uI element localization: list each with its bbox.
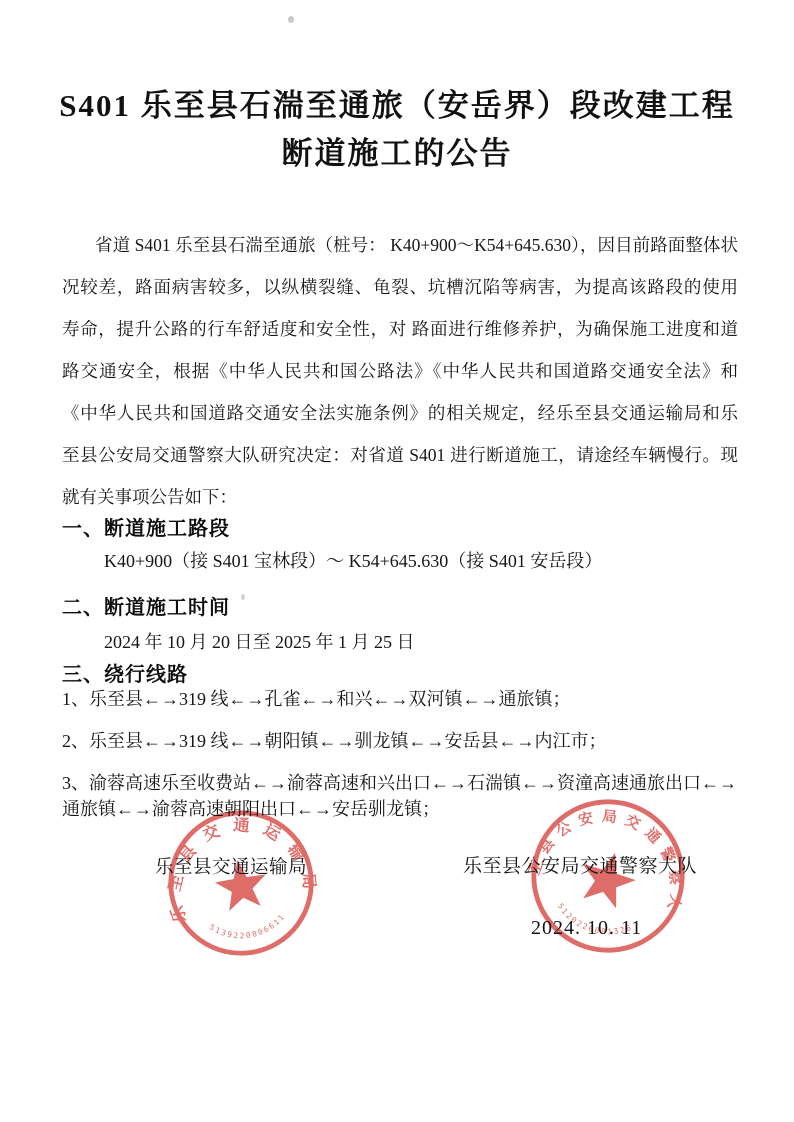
detour-route-1: 1、乐至县←→319 线←→孔雀←→和兴←→双河镇←→通旅镇； [62,687,740,713]
paragraph-line: 况较差，路面病害较多，以纵横裂缝、龟裂、坑槽沉陷等病害，为提高该路段的使用 [62,266,738,308]
section-2-content: 2024 年 10 月 20 日至 2025 年 1 月 25 日 [104,630,415,654]
document-title-line-2: 断道施工的公告 [0,130,794,178]
section-1-heading: 一、断道施工路段 [62,517,230,541]
signature-traffic-police: 乐至县公安局交通警察大队 [463,851,697,878]
signature-transport-bureau: 乐至县交通运输局 [155,853,307,879]
intro-paragraph: 省道 S401 乐至县石湍至通旅（桩号： K40+900～K54+645.630… [62,224,738,518]
stamp-date: 2024. 10. 11 [531,917,642,940]
paragraph-line: 就有关事项公告如下： [62,476,738,518]
paragraph-line: 省道 S401 乐至县石湍至通旅（桩号： K40+900～K54+645.630… [62,224,738,266]
section-3-heading: 三、绕行线路 [62,663,188,687]
official-seal-transport-bureau: 乐至县交通运输局 5139220006611 [153,795,329,971]
section-1-content: K40+900（接 S401 宝林段）～ K54+645.630（接 S401 … [104,549,602,573]
paragraph-line: 寿命，提升公路的行车舒适度和安全性，对 路面进行维修养护，为确保施工进度和道 [62,308,738,350]
detour-route-2: 2、乐至县←→319 线←→朝阳镇←→驯龙镇←→安岳县←→内江市； [62,729,740,755]
document-title: S401 乐至县石湍至通旅（安岳界）段改建工程 断道施工的公告 [0,82,794,178]
section-2-heading: 二、断道施工时间 [62,596,230,620]
scan-smudge [288,16,294,23]
paragraph-line: 路交通安全，根据《中华人民共和国公路法》《中华人民共和国道路交通安全法》和 [62,350,738,392]
scan-smudge [241,594,245,600]
paragraph-line: 至县公安局交通警察大队研究决定：对省道 S401 进行断道施工，请途经车辆慢行。… [62,434,738,476]
announcement-document: S401 乐至县石湍至通旅（安岳界）段改建工程 断道施工的公告 省道 S401 … [0,0,794,1122]
document-title-line-1: S401 乐至县石湍至通旅（安岳界）段改建工程 [0,82,794,130]
paragraph-line: 《中华人民共和国道路交通安全法实施条例》的相关规定，经乐至县交通运输局和乐 [62,392,738,434]
